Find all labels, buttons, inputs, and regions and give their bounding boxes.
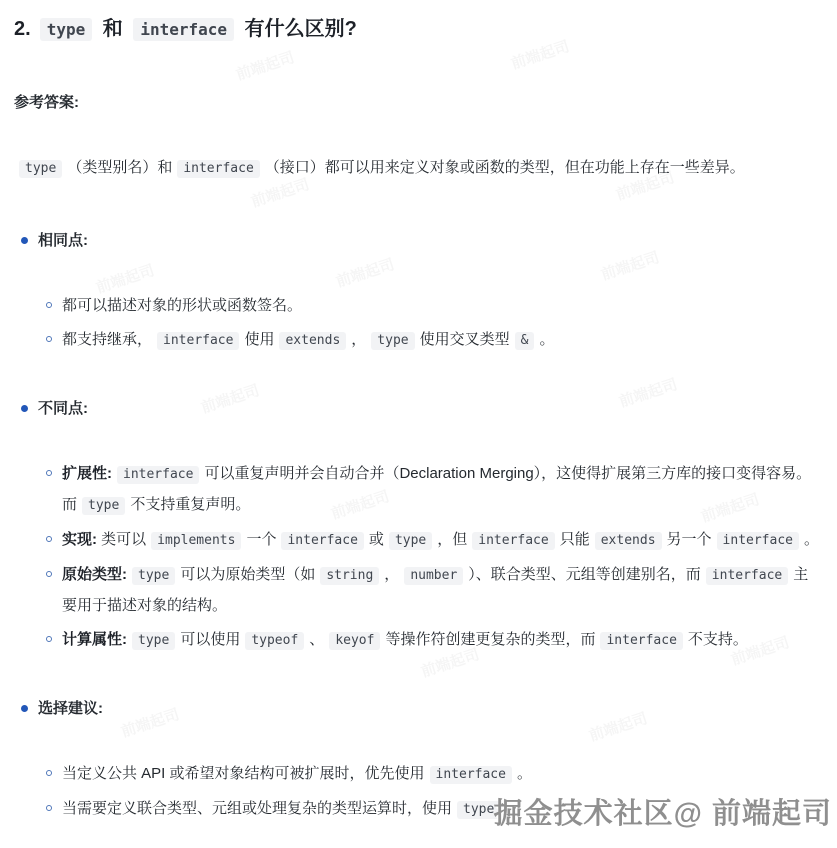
list-item-text: 当定义公共 API 或希望对象结构可被扩展时，优先使用interface。 (62, 765, 532, 782)
document-page: 2.type 和 interface 有什么区别? 参考答案: type（类型别… (0, 0, 837, 825)
text-run: 有什么区别? (239, 18, 357, 40)
list-item-text: 都可以描述对象的形状或函数签名。 (62, 297, 302, 314)
list-item-text: 当需要定义联合类型、元组或处理复杂的类型运算时，使用type。 (62, 800, 520, 817)
section-heading: 相同点: (38, 230, 823, 251)
text-run: 可以为原始类型（如 (180, 566, 315, 583)
inline-code-chip: keyof (329, 632, 380, 650)
inline-code-chip: string (320, 567, 379, 585)
text-run: 只能 (560, 531, 590, 548)
list-item: 扩展性:interface可以重复声明并会自动合并（Declaration Me… (46, 459, 823, 521)
inline-code-chip: type (132, 567, 175, 585)
bullet-circle-icon (46, 536, 52, 542)
text-run: 不支持重复声明。 (130, 496, 250, 513)
item-lead-label: 计算属性: (62, 631, 127, 648)
text-run: ， (351, 331, 366, 348)
section-heading: 选择建议: (38, 698, 823, 719)
text-run: 使用 (244, 331, 274, 348)
list-item-text: 原始类型:type可以为原始类型（如string，number）、联合类型、元组… (62, 566, 808, 614)
text-run: 或 (369, 531, 384, 548)
answer-section: 相同点: 都可以描述对象的形状或函数签名。 都支持继承，interface使用e… (14, 230, 823, 356)
text-run: 等操作符创建更复杂的类型，而 (385, 631, 595, 648)
inline-code-chip: number (404, 567, 463, 585)
inline-code-chip: extends (279, 332, 346, 350)
inline-code-chip: type (19, 160, 62, 178)
inline-code-chip: type (371, 332, 414, 350)
inline-code-chip: type (389, 532, 432, 550)
section-item-list: 都可以描述对象的形状或函数签名。 都支持继承，interface使用extend… (38, 291, 823, 356)
text-run: （接口）都可以用来定义对象或函数的类型，但在功能上存在一些差异。 (265, 159, 745, 176)
reference-answer-label: 参考答案: (14, 91, 823, 112)
text-run: 。 (517, 765, 532, 782)
inline-code-chip: type (82, 497, 125, 515)
site-watermark: 掘金技术社区@ 前端起司 (494, 791, 832, 832)
list-item: 实现: 类可以implements一个interface或type，但inter… (46, 525, 823, 556)
text-run: 。 (539, 331, 554, 348)
text-run: 、 (309, 631, 324, 648)
text-run: 。 (804, 531, 819, 548)
answer-section: 不同点: 扩展性:interface可以重复声明并会自动合并（Declarati… (14, 398, 823, 656)
question-title: 2.type 和 interface 有什么区别? (14, 14, 823, 45)
list-item: 都支持继承，interface使用extends，type使用交叉类型&。 (46, 325, 823, 356)
text-run: 可以使用 (180, 631, 240, 648)
text-run: 和 (97, 18, 128, 40)
section-heading: 不同点: (38, 398, 823, 419)
question-number: 2. (14, 18, 31, 40)
list-item-text: 实现: 类可以implements一个interface或type，但inter… (62, 531, 819, 548)
inline-code-chip: interface (177, 160, 259, 178)
bullet-circle-icon (46, 302, 52, 308)
bullet-circle-icon (46, 336, 52, 342)
section-item-list: 扩展性:interface可以重复声明并会自动合并（Declaration Me… (38, 459, 823, 656)
text-run: ）、联合类型、元组等创建别名，而 (468, 566, 701, 583)
inline-code-chip: typeof (245, 632, 304, 650)
inline-code-chip: interface (281, 532, 363, 550)
bullet-disc-icon (21, 705, 28, 712)
list-item: 当定义公共 API 或希望对象结构可被扩展时，优先使用interface。 (46, 759, 823, 790)
text-run: 都可以描述对象的形状或函数签名。 (62, 297, 302, 314)
item-lead-label: 扩展性: (62, 465, 112, 482)
inline-code-chip: & (515, 332, 535, 350)
list-item: 计算属性:type可以使用typeof、keyof等操作符创建更复杂的类型，而i… (46, 625, 823, 656)
inline-code-chip: interface (717, 532, 799, 550)
intro-paragraph: type（类型别名）和interface（接口）都可以用来定义对象或函数的类型，… (14, 155, 823, 182)
text-run: 类可以 (97, 531, 146, 548)
item-lead-label: 原始类型: (62, 566, 127, 583)
text-run: 使用交叉类型 (420, 331, 510, 348)
list-item-text: 都支持继承，interface使用extends，type使用交叉类型&。 (62, 331, 554, 348)
inline-code-chip: interface (600, 632, 682, 650)
question-title-text: type 和 interface 有什么区别? (35, 18, 357, 40)
bullet-disc-icon (21, 237, 28, 244)
text-run: 当需要定义联合类型、元组或处理复杂的类型运算时，使用 (62, 800, 452, 817)
bullet-circle-icon (46, 470, 52, 476)
bullet-circle-icon (46, 805, 52, 811)
bullet-circle-icon (46, 636, 52, 642)
inline-code-chip: interface (706, 567, 788, 585)
list-item-text: 扩展性:interface可以重复声明并会自动合并（Declaration Me… (62, 465, 811, 513)
text-run: 不支持。 (688, 631, 748, 648)
list-item: 都可以描述对象的形状或函数签名。 (46, 291, 823, 321)
inline-code-chip: implements (151, 532, 241, 550)
list-item: 原始类型:type可以为原始类型（如string，number）、联合类型、元组… (46, 560, 823, 621)
inline-code-chip: extends (595, 532, 662, 550)
bullet-disc-icon (21, 405, 28, 412)
inline-code-chip: interface (472, 532, 554, 550)
inline-code-chip: interface (157, 332, 239, 350)
text-run: 另一个 (667, 531, 712, 548)
inline-code-chip: type (132, 632, 175, 650)
list-item-text: 计算属性:type可以使用typeof、keyof等操作符创建更复杂的类型，而i… (62, 631, 748, 648)
answer-list: 相同点: 都可以描述对象的形状或函数签名。 都支持继承，interface使用e… (14, 230, 823, 825)
bullet-circle-icon (46, 770, 52, 776)
bullet-circle-icon (46, 571, 52, 577)
inline-code-chip: interface (117, 466, 199, 484)
item-lead-label: 实现: (62, 531, 97, 548)
inline-code-chip: type (40, 18, 93, 41)
text-run: 当定义公共 API 或希望对象结构可被扩展时，优先使用 (62, 765, 425, 782)
text-run: （类型别名）和 (67, 159, 172, 176)
text-run: ，但 (437, 531, 467, 548)
text-run: ， (384, 566, 399, 583)
text-run: 都支持继承， (62, 331, 152, 348)
inline-code-chip: interface (133, 18, 234, 41)
inline-code-chip: interface (430, 766, 512, 784)
text-run: 一个 (246, 531, 276, 548)
